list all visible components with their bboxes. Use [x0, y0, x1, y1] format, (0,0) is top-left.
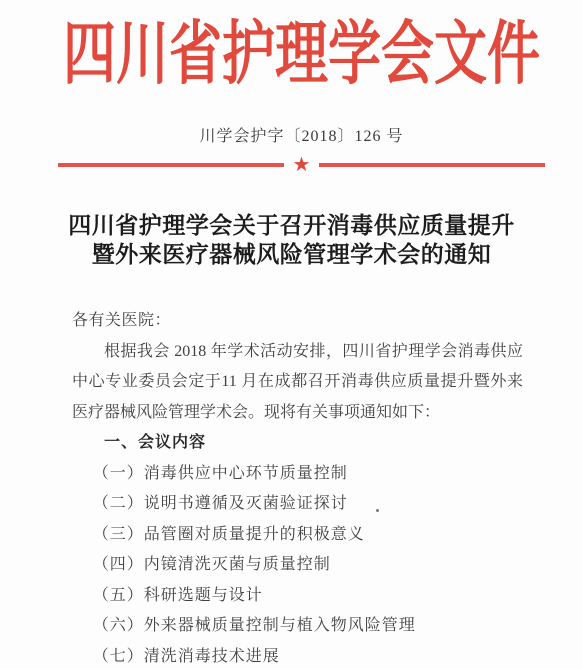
- agenda-item-2: （二）说明书遵循及灭菌验证探讨: [72, 489, 523, 520]
- paragraph-line-1: 根据我会 2018 年学术活动安排，四川省护理学会消毒供应: [72, 337, 523, 368]
- document-body: 各有关医院： 根据我会 2018 年学术活动安排，四川省护理学会消毒供应 中心专…: [72, 306, 523, 669]
- agenda-item-4: （四）内镜清洗灭菌与质量控制: [72, 550, 523, 581]
- doc-number: 川学会护字〔2018〕126 号: [58, 127, 545, 147]
- red-divider: ★: [58, 156, 545, 174]
- agenda-item-3: （三）品管圈对质量提升的积极意义: [72, 520, 523, 551]
- document-page: 四川省护理学会文件 川学会护字〔2018〕126 号 ★ 四川省护理学会关于召开…: [0, 0, 583, 669]
- agenda-item-6: （六）外来器械质量控制与植入物风险管理: [72, 611, 523, 642]
- doc-title-line-2: 暨外来医疗器械风险管理学术会的通知: [0, 241, 583, 270]
- section-heading: 一、会议内容: [72, 428, 523, 459]
- paragraph-line-3: 医疗器械风险管理学术会。现将有关事项通知如下：: [72, 398, 523, 429]
- agenda-item-5: （五）科研选题与设计: [72, 581, 523, 612]
- doc-title-line-1: 四川省护理学会关于召开消毒供应质量提升: [0, 212, 583, 241]
- red-line-right: [319, 163, 545, 167]
- paragraph-line-2: 中心专业委员会定于11 月在成都召开消毒供应质量提升暨外来: [72, 367, 523, 398]
- red-line-left: [58, 163, 284, 167]
- agenda-item-1: （一）消毒供应中心环节质量控制: [72, 459, 523, 490]
- agenda-item-7: （七）清洗消毒技术进展: [72, 642, 523, 669]
- doc-title: 四川省护理学会关于召开消毒供应质量提升 暨外来医疗器械风险管理学术会的通知: [0, 212, 583, 269]
- scan-speck: [376, 509, 379, 512]
- letterhead: 四川省护理学会文件 川学会护字〔2018〕126 号 ★: [58, 20, 545, 174]
- star-icon: ★: [284, 156, 320, 174]
- org-title: 四川省护理学会文件: [58, 20, 545, 90]
- salutation: 各有关医院：: [72, 306, 523, 337]
